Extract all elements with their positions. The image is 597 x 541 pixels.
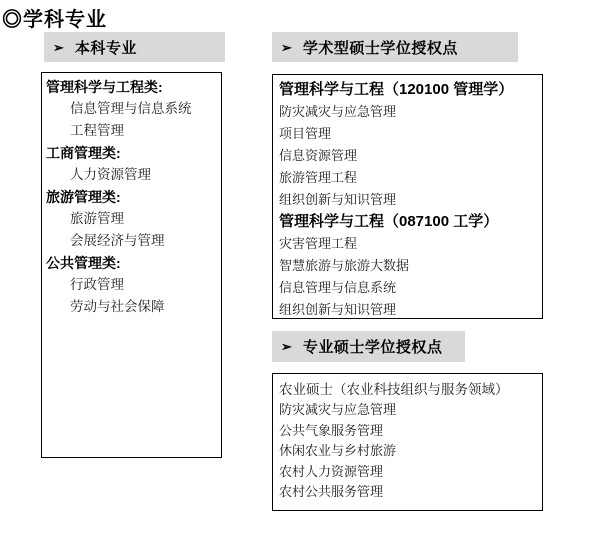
- major-category: 工商管理类:: [46, 142, 221, 164]
- program-item: 灾害管理工程: [279, 233, 542, 255]
- program-category: 管理科学与工程（120100 管理学）: [279, 79, 542, 101]
- major-item: 旅游管理: [46, 208, 221, 230]
- program-item: 组织创新与知识管理: [279, 299, 542, 321]
- professional-master-box: 农业硕士（农业科技组织与服务领域） 防灾减灾与应急管理 公共气象服务管理 休闲农…: [272, 373, 543, 511]
- major-item: 会展经济与管理: [46, 230, 221, 252]
- major-category: 管理科学与工程类:: [46, 76, 221, 98]
- program-item: 农村人力资源管理: [279, 462, 542, 483]
- major-item: 人力资源管理: [46, 164, 221, 186]
- undergrad-header-label: 本科专业: [75, 37, 137, 58]
- program-item: 信息管理与信息系统: [279, 277, 542, 299]
- page: { "page_title": "◎学科专业", "icons": { "arr…: [0, 0, 597, 541]
- program-item: 组织创新与知识管理: [279, 189, 542, 211]
- program-lead: 农业硕士（农业科技组织与服务领域）: [279, 379, 542, 400]
- program-item: 旅游管理工程: [279, 167, 542, 189]
- professional-master-header-bar: ➢ 专业硕士学位授权点: [272, 331, 465, 362]
- program-category: 管理科学与工程（087100 工学）: [279, 211, 542, 233]
- program-item: 防灾减灾与应急管理: [279, 101, 542, 123]
- program-item: 休闲农业与乡村旅游: [279, 441, 542, 462]
- page-title: ◎学科专业: [2, 3, 107, 32]
- major-item: 工程管理: [46, 120, 221, 142]
- program-item: 智慧旅游与旅游大数据: [279, 255, 542, 277]
- major-category: 公共管理类:: [46, 252, 221, 274]
- academic-master-box: 管理科学与工程（120100 管理学） 防灾减灾与应急管理 项目管理 信息资源管…: [272, 74, 543, 319]
- program-item: 公共气象服务管理: [279, 421, 542, 442]
- major-item: 行政管理: [46, 274, 221, 296]
- program-item: 信息资源管理: [279, 145, 542, 167]
- professional-master-header-label: 专业硕士学位授权点: [303, 336, 443, 357]
- major-item: 劳动与社会保障: [46, 296, 221, 318]
- arrow-icon: ➢: [281, 340, 292, 353]
- major-category: 旅游管理类:: [46, 186, 221, 208]
- undergrad-header-bar: ➢ 本科专业: [44, 32, 225, 62]
- undergrad-majors-box: 管理科学与工程类: 信息管理与信息系统 工程管理 工商管理类: 人力资源管理 旅…: [41, 72, 222, 458]
- arrow-icon: ➢: [281, 41, 292, 54]
- major-item: 信息管理与信息系统: [46, 98, 221, 120]
- program-item: 防灾减灾与应急管理: [279, 400, 542, 421]
- academic-master-header-bar: ➢ 学术型硕士学位授权点: [272, 32, 518, 62]
- academic-master-header-label: 学术型硕士学位授权点: [303, 37, 458, 58]
- program-item: 农村公共服务管理: [279, 482, 542, 503]
- arrow-icon: ➢: [53, 41, 64, 54]
- program-item: 项目管理: [279, 123, 542, 145]
